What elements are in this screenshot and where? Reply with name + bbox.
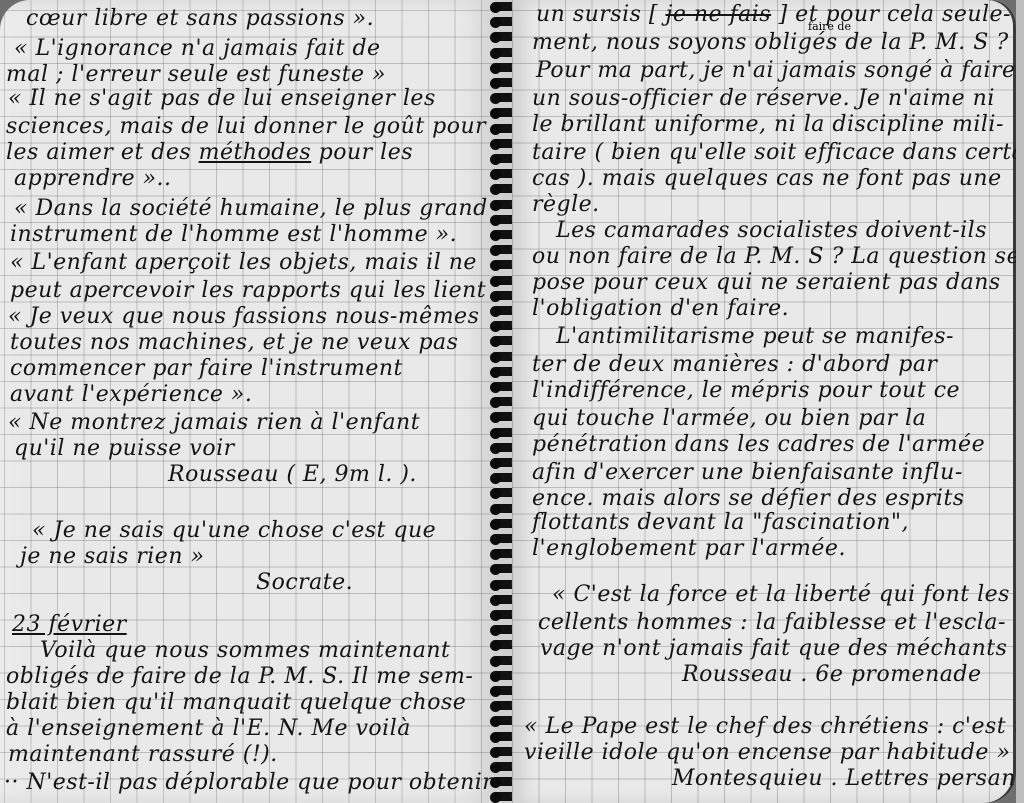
handwritten-line: qui touche l'armée, ou bien par la <box>532 406 926 432</box>
handwritten-line: ment, nous soyons obligés de la P. M. S … <box>532 30 1009 56</box>
handwritten-line: le brillant uniforme, ni la discipline m… <box>532 112 1004 138</box>
author-signature: Socrate. <box>256 570 353 596</box>
handwritten-line: « Ne montrez jamais rien à l'enfant <box>8 410 420 436</box>
handwritten-line: un sursis [ je ne fais ] et pour cela se… <box>536 2 1011 28</box>
handwritten-line: ence. mais alors se défier des esprits <box>532 486 965 512</box>
handwritten-line: vieille idole qu'on encense par habitude… <box>524 740 1010 766</box>
handwritten-line: un sous-officier de réserve. Je n'aime n… <box>532 86 995 112</box>
page-edge <box>1016 0 1024 803</box>
handwritten-line: l'obligation d'en faire. <box>532 296 789 322</box>
handwritten-line: blait bien qu'il manquait quelque chose <box>6 690 466 716</box>
handwritten-line: règle. <box>532 192 600 218</box>
handwritten-line: pénétration dans les cadres de l'armée <box>532 432 985 458</box>
author-signature: Rousseau . 6e promenade <box>682 662 981 688</box>
handwritten-line: cellents hommes : la faiblesse et l'escl… <box>538 610 1006 636</box>
handwritten-line: l'englobement par l'armée. <box>532 536 846 562</box>
handwritten-line: peut apercevoir les rapports qui les lie… <box>10 278 496 304</box>
handwritten-line: L'antimilitarisme peut se manifes- <box>556 324 954 350</box>
handwritten-line: taire ( bien qu'elle soit efficace dans … <box>532 140 1016 166</box>
handwritten-line: à l'enseignement à l'E. N. Me voilà <box>6 716 411 742</box>
handwritten-line: « L'ignorance n'a jamais fait de <box>14 36 381 62</box>
handwritten-line: je ne sais rien » <box>20 544 204 570</box>
handwritten-line: « Dans la société humaine, le plus grand <box>14 196 488 222</box>
notebook-spread: cœur libre et sans passions ». « L'ignor… <box>0 0 1024 803</box>
author-signature: Rousseau ( E, 9m l. ). <box>168 462 417 488</box>
handwritten-line: sciences, mais de lui donner le goût pou… <box>6 114 486 140</box>
handwritten-line: qu'il ne puisse voir <box>14 436 235 462</box>
handwritten-line: ter de deux manières : d'abord par <box>532 352 937 378</box>
handwritten-line: Pour ma part, je n'ai jamais songé à fai… <box>536 58 1016 84</box>
handwritten-line: instrument de l'homme est l'homme ». <box>10 222 457 248</box>
author-signature: Montesquieu . Lettres persanes. <box>672 766 1016 792</box>
handwritten-line: avant l'expérience ». <box>10 382 252 408</box>
handwritten-line: « Le Pape est le chef des chrétiens : c'… <box>524 714 1016 740</box>
left-page: cœur libre et sans passions ». « L'ignor… <box>0 0 496 803</box>
handwritten-line: « C'est la force et la liberté qui font … <box>552 582 1016 608</box>
handwritten-line: les aimer et des méthodes pour les <box>6 140 413 166</box>
handwritten-line: Les camarades socialistes doivent-ils <box>556 218 987 244</box>
handwritten-line: commencer par faire l'instrument <box>10 356 403 382</box>
right-page: un sursis [ je ne fais ] et pour cela se… <box>512 0 1016 803</box>
handwritten-line: cœur libre et sans passions ». <box>26 6 374 32</box>
handwritten-line: afin d'exercer une bienfaisante influ- <box>532 460 963 486</box>
handwritten-line: l'indifférence, le mépris pour tout ce <box>532 378 960 404</box>
handwritten-line: pose pour ceux qui ne seraient pas dans <box>532 270 1001 296</box>
handwritten-line: « Je ne sais qu'une chose c'est que <box>32 518 436 544</box>
entry-date: 23 février <box>12 612 127 638</box>
handwritten-line: « Il ne s'agit pas de lui enseigner les <box>8 86 436 112</box>
handwritten-line: « L'enfant aperçoit les objets, mais il … <box>10 250 477 276</box>
handwritten-line: ou non faire de la P. M. S ? La question… <box>532 244 1016 270</box>
handwritten-line: mal ; l'erreur seule est funeste » <box>6 62 386 88</box>
handwritten-line: Voilà que nous sommes maintenant <box>40 638 450 664</box>
handwritten-line: apprendre ».. <box>14 166 172 192</box>
handwritten-line: vage n'ont jamais fait que des méchants … <box>540 636 1016 662</box>
struck-text: je ne fais <box>666 2 772 27</box>
handwritten-line: « Je veux que nous fassions nous-mêmes <box>8 304 479 330</box>
handwritten-line: toutes nos machines, et je ne veux pas <box>10 330 458 356</box>
handwritten-line: obligés de faire de la P. M. S. Il me se… <box>6 664 473 690</box>
handwritten-line: cas ). mais quelques cas ne font pas une <box>532 166 1002 192</box>
handwritten-line: flottants devant la "fascination", <box>532 510 909 536</box>
underlined-word: méthodes <box>199 140 312 165</box>
handwritten-line: ·· N'est-il pas déplorable que pour obte… <box>4 770 493 796</box>
handwritten-line: maintenant rassuré (!). <box>8 742 278 768</box>
